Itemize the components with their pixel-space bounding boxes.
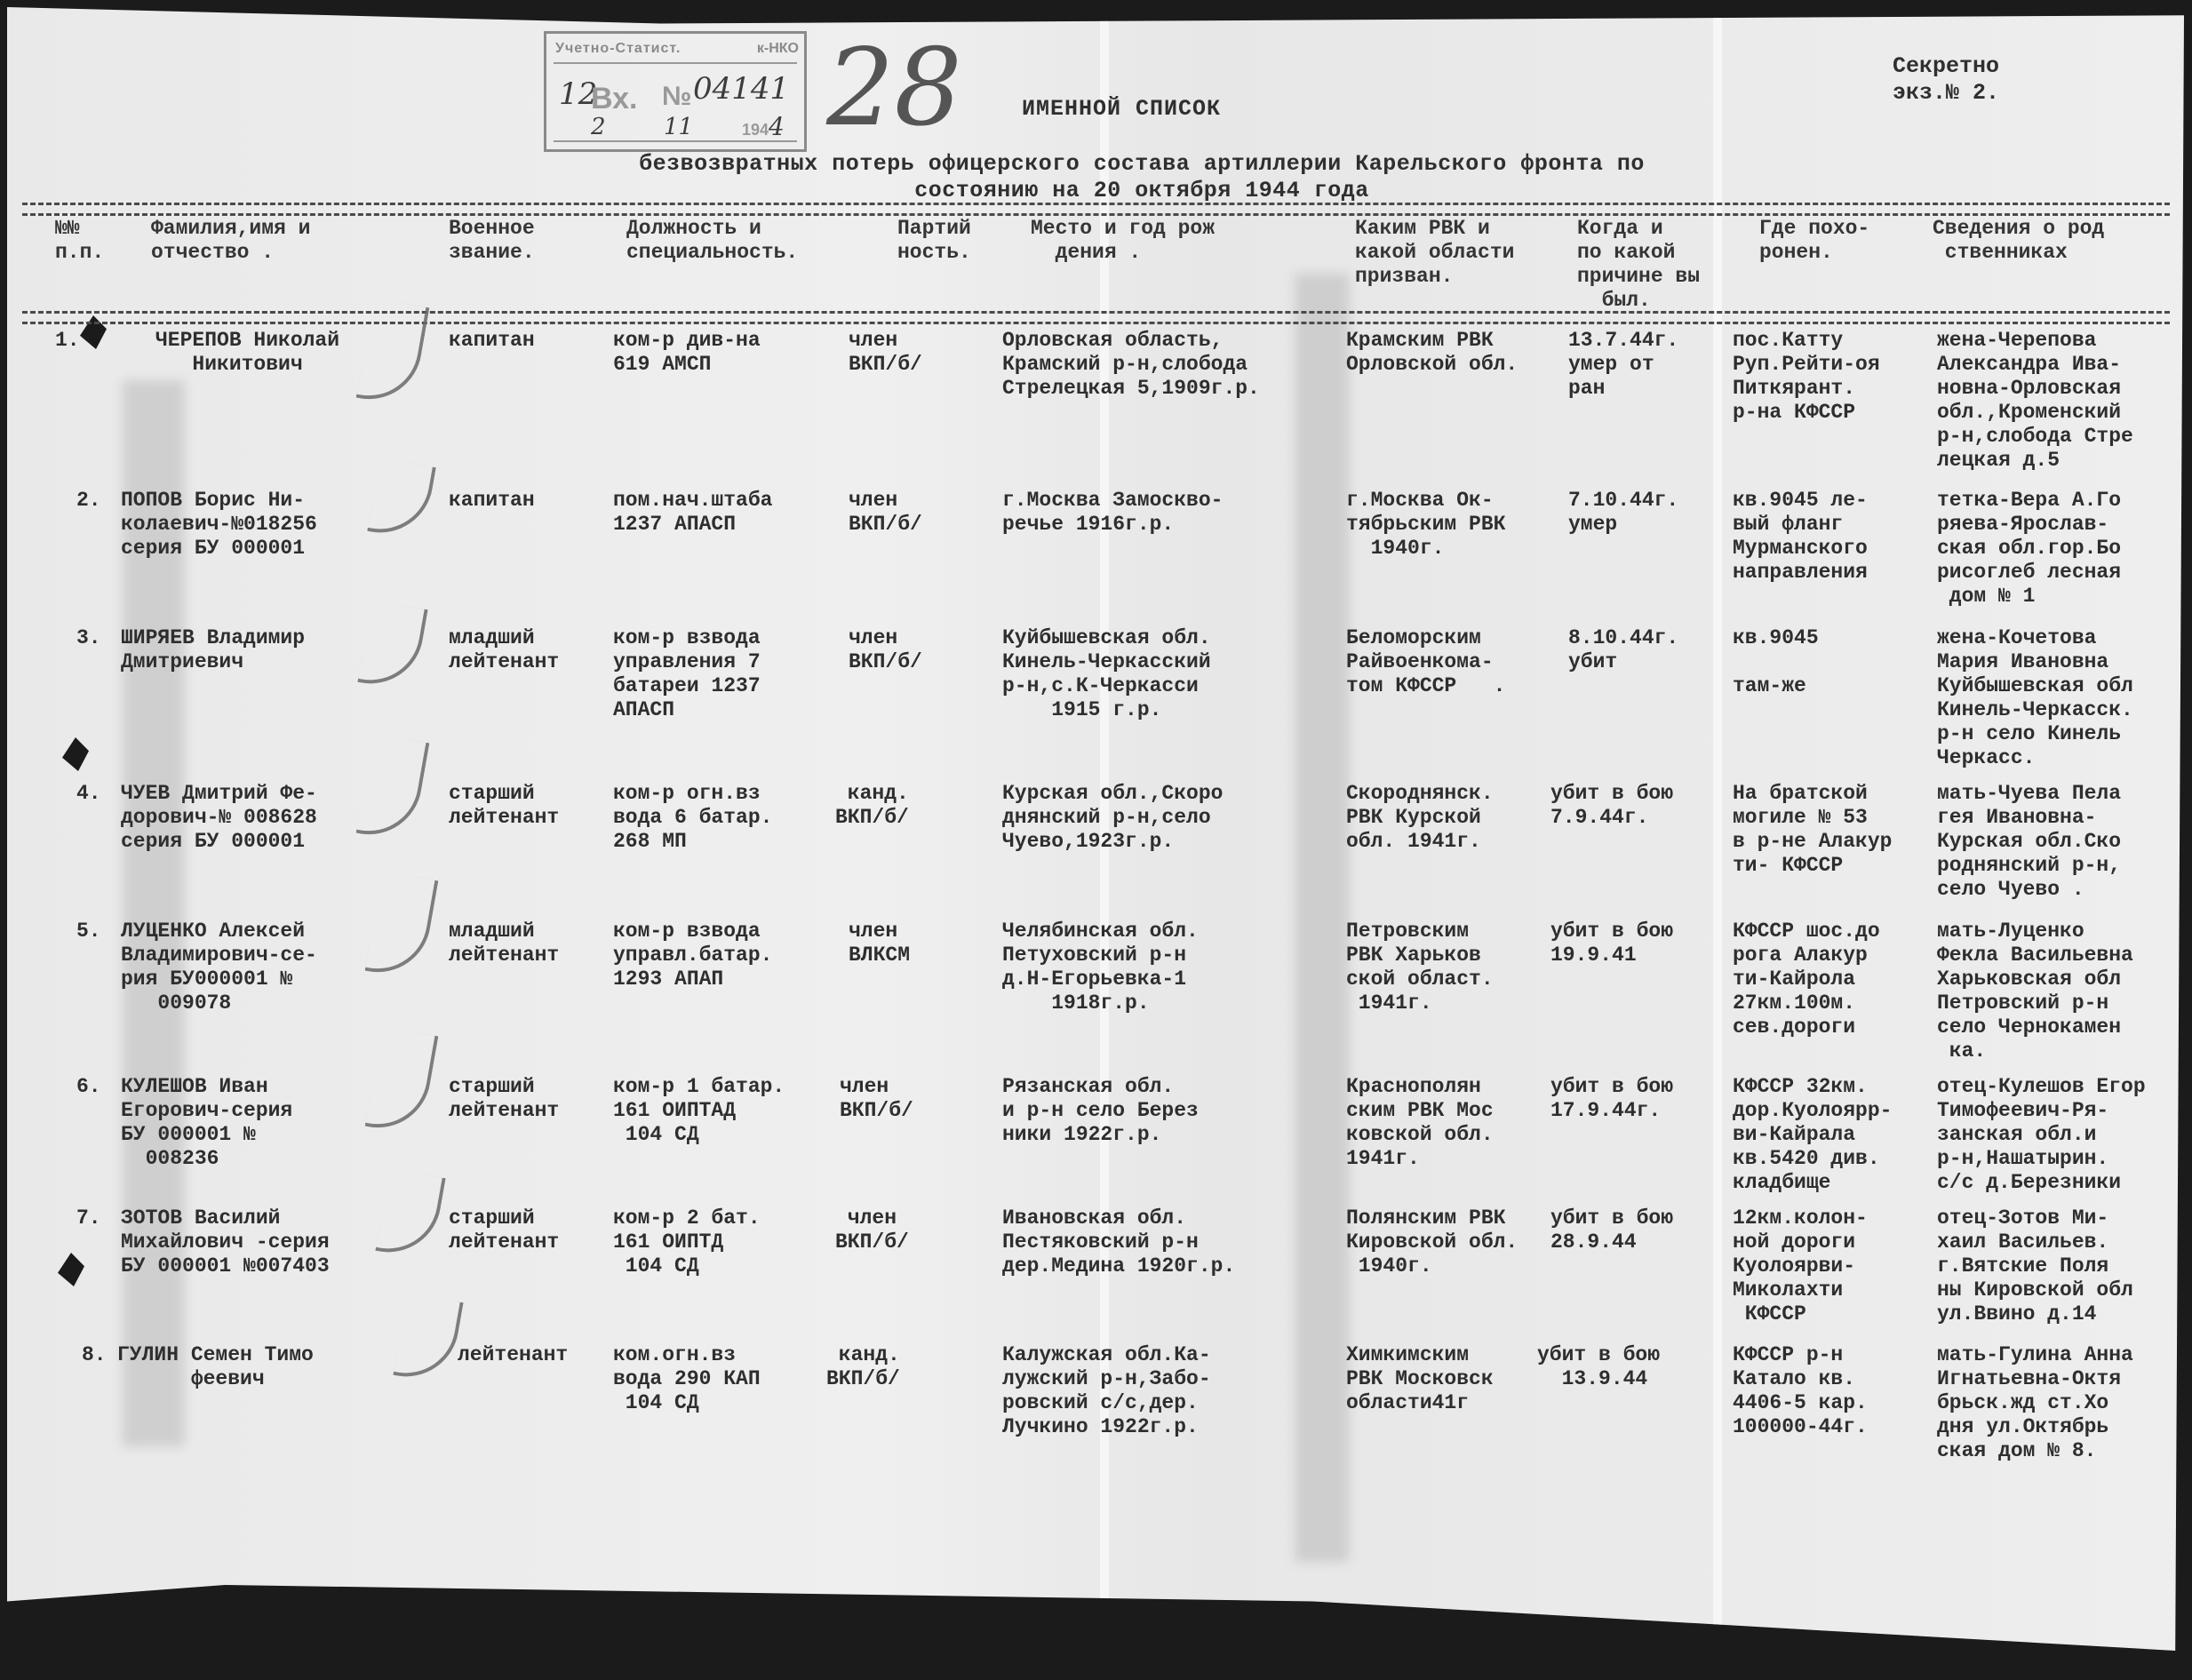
cell-birth: Ивановская обл. Пестяковский р-н дер.Мед… [1002, 1206, 1235, 1278]
cell-buried: На братской могиле № 53 в р-не Алакур ти… [1733, 782, 1892, 878]
cell-birth: г.Москва Замоскво- речье 1916г.р. [1002, 489, 1223, 537]
stamp-year: 194 [742, 121, 769, 139]
classification-mark: Секретно экз.№ 2. [1893, 53, 1999, 107]
cell-when: убит в бою 28.9.44 [1550, 1206, 1673, 1254]
cell-buried: КФССР р-н Катало кв. 4406-5 кар. 100000-… [1733, 1343, 1868, 1439]
header-number: №№ п.п. [55, 217, 104, 265]
copy-number: экз.№ 2. [1893, 80, 1999, 107]
fold-crease [1713, 7, 1722, 1651]
cell-relatives: отец-Кулешов Егор Тимофеевич-Ря- занская… [1937, 1075, 2146, 1195]
stamp-year-hand: 4 [769, 112, 785, 141]
stamp-org-right: к-НКО [757, 41, 799, 57]
cell-rvk: г.Москва Ок- тябрьским РВК 1940г. [1346, 489, 1505, 561]
cell-number: 3. [76, 626, 101, 650]
cell-when: 13.7.44г. умер от ран [1568, 329, 1678, 401]
cell-when: убит в бою 13.9.44 [1537, 1343, 1660, 1391]
cell-name: ПОПОВ Борис Ни- колаевич-№018256 серия Б… [121, 489, 317, 561]
stamp-label: Вх. [591, 82, 637, 116]
cell-party: член ВЛКСМ [849, 920, 910, 967]
cell-name: ЛУЦЕНКО Алексей Владимирович-се- рия БУ0… [121, 920, 317, 1015]
stamp-day: 2 [591, 114, 606, 140]
classification-level: Секретно [1893, 53, 1999, 80]
cell-relatives: отец-Зотов Ми- хаил Васильев. г.Вятские … [1937, 1206, 2133, 1326]
cell-rvk: Петровским РВК Харьков ской област. 1941… [1346, 920, 1494, 1015]
cell-buried: 12км.колон- ной дороги Куолоярви- Микола… [1733, 1206, 1868, 1326]
cell-relatives: мать-Луценко Фекла Васильевна Харьковска… [1937, 920, 2133, 1063]
table-rule-top [22, 203, 2170, 216]
cell-party: член ВКП/б/ [835, 1206, 909, 1254]
cell-number: 8. [82, 1343, 107, 1367]
cell-number: 2. [76, 489, 101, 513]
cell-position: ком-р огн.вз вода 6 батар. 268 МП [613, 782, 772, 854]
cell-party: член ВКП/б/ [840, 1075, 913, 1123]
stamp-number: 04141 [693, 71, 789, 107]
header-rank: Военное звание. [449, 217, 535, 265]
cell-party: канд. ВКП/б/ [826, 1343, 900, 1391]
stamp-month: 11 [664, 114, 693, 140]
cell-position: ком-р 1 батар. 161 ОИПТАД 104 СД [613, 1075, 785, 1147]
document-title: ИМЕННОЙ СПИСОК [1022, 96, 1221, 122]
cell-buried: пос.Катту Руп.Рейти-оя Питкярант. р-на К… [1733, 329, 1880, 425]
cell-birth: Челябинская обл. Петуховский р-н д.Н-Его… [1002, 920, 1199, 1015]
cell-rvk: Скороднянск. РВК Курской обл. 1941г. [1346, 782, 1494, 854]
cell-relatives: мать-Гулина Анна Игнатьевна-Октя брьск.ж… [1937, 1343, 2133, 1463]
cell-rvk: Полянским РВК Кировской обл. 1940г. [1346, 1206, 1518, 1278]
cell-party: член ВКП/б/ [849, 489, 922, 537]
cell-rank: капитан [449, 489, 535, 513]
cell-name: ГУЛИН Семен Тимо феевич [117, 1343, 314, 1391]
cell-position: ком-р взвода управления 7 батареи 1237 А… [613, 626, 761, 722]
sheet-number: 28 [826, 27, 962, 150]
cell-position: ком-р 2 бат. 161 ОИПТД 104 СД [613, 1206, 761, 1278]
subtitle-line-2: состоянию на 20 октября 1944 года [569, 178, 1715, 204]
cell-position: ком-р див-на 619 АМСП [613, 329, 761, 377]
cell-number: 5. [76, 920, 101, 944]
stamp-org: Учетно-Статист. [555, 41, 681, 57]
cell-name: КУЛЕШОВ Иван Егорович-серия БУ 000001 № … [121, 1075, 292, 1171]
table-rule-header-bottom [22, 311, 2170, 324]
header-party: Партий ность. [897, 217, 971, 265]
cell-name: ШИРЯЕВ Владимир Дмитриевич [121, 626, 305, 674]
cell-buried: КФССР шос.до рога Алакур ти-Кайрола 27км… [1733, 920, 1880, 1039]
cell-rank: старший лейтенант [449, 1206, 559, 1254]
document-subtitle: безвозвратных потерь офицерского состава… [569, 151, 1715, 204]
registration-stamp: Учетно-Статист. к-НКО 12 Вх. № 04141 2 1… [544, 31, 807, 152]
cell-rvk: Краснополян ским РВК Мос ковской обл. 19… [1346, 1075, 1494, 1171]
cell-birth: Калужская обл.Ка- лужский р-н,Забо- ровс… [1002, 1343, 1211, 1439]
header-name: Фамилия,имя и отчество . [151, 217, 310, 265]
cell-party: канд. ВКП/б/ [835, 782, 909, 830]
cell-relatives: мать-Чуева Пела гея Ивановна- Курская об… [1937, 782, 2121, 902]
header-rvk: Каким РВК и какой области призван. [1355, 217, 1514, 289]
cell-when: 7.10.44г. умер [1568, 489, 1678, 537]
cell-party: член ВКП/б/ [849, 626, 922, 674]
cell-rvk: Химкимским РВК Московск области41г [1346, 1343, 1494, 1415]
cell-name: ЧЕРЕПОВ Николай Никитович [155, 329, 339, 377]
header-buried: Где похо- ронен. [1759, 217, 1869, 265]
cell-relatives: тетка-Вера А.Го ряева-Ярослав- ская обл.… [1937, 489, 2121, 609]
cell-rvk: Крамским РВК Орловской обл. [1346, 329, 1518, 377]
cell-rank: старший лейтенант [449, 1075, 559, 1123]
cell-when: 8.10.44г. убит [1568, 626, 1678, 674]
cell-name: ЧУЕВ Дмитрий Фе- дорович-№ 008628 серия … [121, 782, 317, 854]
subtitle-line-1: безвозвратных потерь офицерского состава… [569, 151, 1715, 178]
cell-party: член ВКП/б/ [849, 329, 922, 377]
header-relatives: Сведения о род ственниках [1933, 217, 2104, 265]
stamp-number-label: № [662, 82, 691, 112]
cell-birth: Курская обл.,Скоро днянский р-н,село Чуе… [1002, 782, 1223, 854]
cell-number: 4. [76, 782, 101, 806]
cell-buried: КФССР 32км. дор.Куолоярр- ви-Кайрала кв.… [1733, 1075, 1892, 1195]
cell-position: пом.нач.штаба 1237 АПАСП [613, 489, 772, 537]
cell-name: ЗОТОВ Василий Михайлович -серия БУ 00000… [121, 1206, 330, 1278]
cell-birth: Орловская область, Крамский р-н,слобода … [1002, 329, 1260, 401]
cell-buried: кв.9045 ле- вый фланг Мурманского направ… [1733, 489, 1868, 585]
header-when: Когда и по какой причине вы был. [1577, 217, 1700, 313]
header-birth: Место и год рож дения . [1031, 217, 1215, 265]
cell-rank: старший лейтенант [449, 782, 559, 830]
cell-rvk: Беломорским Райвоенкома- том КФССР . [1346, 626, 1505, 698]
cell-buried: кв.9045 там-же [1733, 626, 1819, 698]
cell-relatives: жена-Кочетова Мария Ивановна Куйбышевска… [1937, 626, 2133, 770]
cell-rank: лейтенант [458, 1343, 568, 1367]
cell-birth: Куйбышевская обл. Кинель-Черкасский р-н,… [1002, 626, 1211, 722]
cell-number: 7. [76, 1206, 101, 1230]
cell-number: 1. [55, 329, 80, 353]
cell-when: убит в бою 7.9.44г. [1550, 782, 1673, 830]
cell-when: убит в бою 17.9.44г. [1550, 1075, 1673, 1123]
cell-position: ком-р взвода управл.батар. 1293 АПАП [613, 920, 772, 991]
cell-position: ком.огн.вз вода 290 КАП 104 СД [613, 1343, 761, 1415]
cell-rank: младший лейтенант [449, 626, 559, 674]
cell-rank: младший лейтенант [449, 920, 559, 967]
cell-number: 6. [76, 1075, 101, 1099]
cell-relatives: жена-Черепова Александра Ива- новна-Орло… [1937, 329, 2133, 473]
shadow-stain [1295, 274, 1349, 1562]
cell-birth: Рязанская обл. и р-н село Берез ники 192… [1002, 1075, 1199, 1147]
cell-rank: капитан [449, 329, 535, 353]
cell-when: убит в бою 19.9.41 [1550, 920, 1673, 967]
header-position: Должность и специальность. [626, 217, 798, 265]
